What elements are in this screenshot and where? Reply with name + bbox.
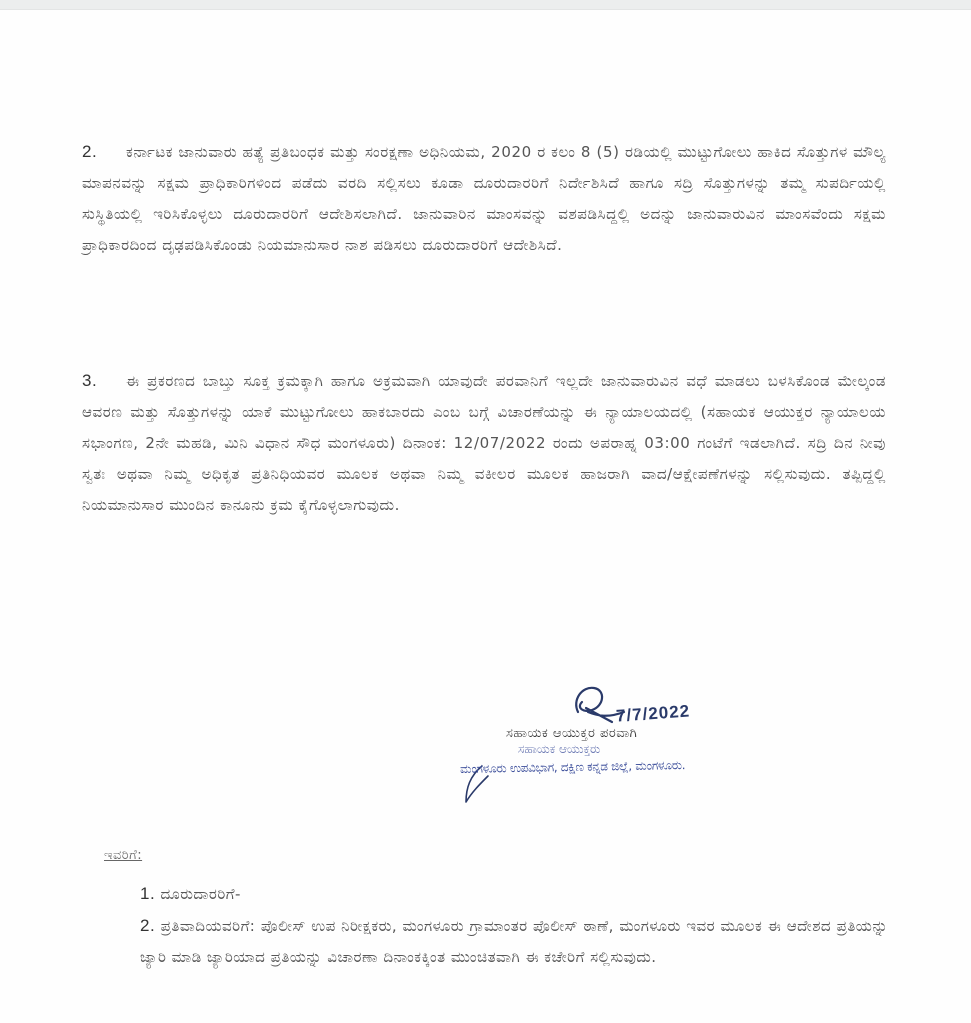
item-number: 1.: [140, 884, 155, 903]
copy-to-item: 2. ಪ್ರತಿವಾದಿಯವರಿಗೆ: ಪೊಲೀಸ್ ಉಪ ನಿರೀಕ್ಷಕರು…: [140, 910, 888, 973]
item-text: ಪ್ರತಿವಾದಿಯವರಿಗೆ: ಪೊಲೀಸ್ ಉಪ ನಿರೀಕ್ಷಕರು, ಮ…: [140, 917, 888, 966]
copy-to-heading: ಇವರಿಗೆ:: [104, 848, 142, 863]
paragraph-3: 3.ಈ ಪ್ರಕರಣದ ಬಾಬ್ತು ಸೂಕ್ತ ಕ್ರಮಕ್ಕಾಗಿ ಹಾಗೂ…: [82, 365, 886, 521]
paragraph-2: 2.ಕರ್ನಾಟಕ ಜಾನುವಾರು ಹತ್ಯೆ ಪ್ರತಿಬಂಧಕ ಮತ್ತು…: [82, 136, 886, 261]
document-page: 2.ಕರ್ನಾಟಕ ಜಾನುವಾರು ಹತ್ಯೆ ಪ್ರತಿಬಂಧಕ ಮತ್ತು…: [0, 10, 971, 1023]
top-strip: [0, 0, 971, 10]
official-stamp-line-1: ಸಹಾಯಕ ಆಯುಕ್ತರು: [518, 742, 600, 757]
official-stamp-line-2: ಮಂಗಳೂರು ಉಪವಿಭಾಗ, ದಕ್ಷಿಣ ಕನ್ನಡ ಜಿಲ್ಲೆ, ಮಂ…: [460, 758, 685, 777]
item-number: 2.: [140, 916, 155, 935]
copy-to-item: 1. ದೂರುದಾರರಿಗೆ-: [140, 878, 888, 910]
copy-to-list: 1. ದೂರುದಾರರಿಗೆ- 2. ಪ್ರತಿವಾದಿಯವರಿಗೆ: ಪೊಲೀ…: [140, 878, 888, 973]
signature-date: 7/7/2022: [615, 701, 690, 726]
signature-title: ಸಹಾಯಕ ಆಯುಕ್ತರ ಪರವಾಗಿ: [506, 726, 637, 741]
paragraph-text: ಕರ್ನಾಟಕ ಜಾನುವಾರು ಹತ್ಯೆ ಪ್ರತಿಬಂಧಕ ಮತ್ತು ಸ…: [82, 143, 886, 254]
paragraph-number: 2.: [82, 136, 126, 167]
paragraph-text: ಈ ಪ್ರಕರಣದ ಬಾಬ್ತು ಸೂಕ್ತ ಕ್ರಮಕ್ಕಾಗಿ ಹಾಗೂ ಅ…: [82, 372, 886, 514]
signature-block: 7/7/2022 ಸಹಾಯಕ ಆಯುಕ್ತರ ಪರವಾಗಿ ಸಹಾಯಕ ಆಯುಕ…: [460, 682, 800, 812]
item-text: ದೂರುದಾರರಿಗೆ-: [160, 885, 240, 903]
paragraph-number: 3.: [82, 365, 126, 396]
